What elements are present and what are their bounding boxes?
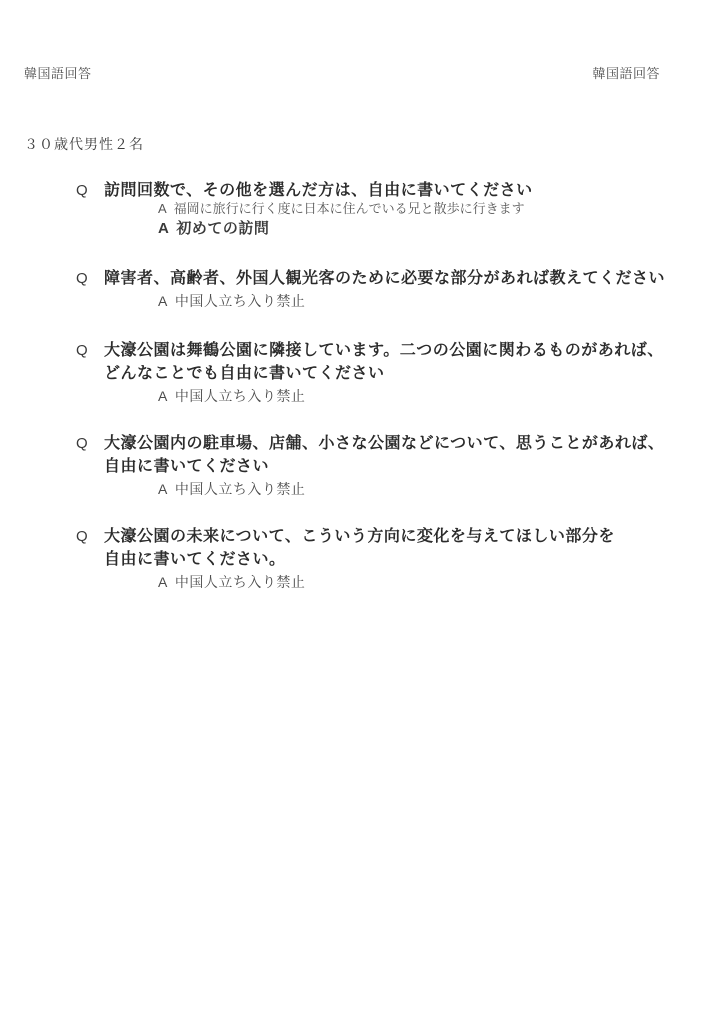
header-left: 韓国語回答	[24, 66, 92, 82]
header-right: 韓国語回答	[592, 66, 660, 82]
answer-text: 中国人立ち入り禁止	[175, 293, 306, 309]
answer-marker: A	[158, 201, 167, 216]
question-line: Q訪問回数で、その他を選んだ方は、自由に書いてください	[76, 181, 533, 201]
answer-line: A中国人立ち入り禁止	[158, 481, 305, 499]
answer-line: A中国人立ち入り禁止	[158, 574, 305, 592]
answer-text: 中国人立ち入り禁止	[175, 481, 306, 497]
answer-marker: A	[158, 388, 168, 404]
question-text: 自由に書いてください。	[104, 551, 286, 568]
question-text: 障害者、高齢者、外国人観光客のために必要な部分があれば教えてください	[104, 270, 665, 287]
answer-line: A福岡に旅行に行く度に日本に住んでいる兄と散歩に行きます	[158, 201, 525, 217]
question-marker: Q	[76, 528, 104, 547]
question-line: 自由に書いてください。	[104, 550, 286, 570]
question-line: Q障害者、高齢者、外国人観光客のために必要な部分があれば教えてください	[76, 269, 665, 289]
question-line: Q大濠公園の未来について、こういう方向に変化を与えてほしい部分を	[76, 527, 615, 547]
answer-text: 中国人立ち入り禁止	[175, 574, 306, 590]
question-text: 自由に書いてください	[104, 458, 269, 475]
answer-marker: A	[158, 574, 168, 590]
answer-text: 福岡に旅行に行く度に日本に住んでいる兄と散歩に行きます	[174, 201, 525, 216]
question-text: どんなことでも自由に書いてください	[104, 365, 385, 382]
question-text: 大濠公園は舞鶴公園に隣接しています。二つの公園に関わるものがあれば、	[104, 342, 664, 359]
question-marker: Q	[76, 435, 104, 454]
answer-line: A初めての訪問	[158, 220, 269, 239]
question-marker: Q	[76, 270, 104, 289]
answer-marker: A	[158, 293, 168, 309]
answer-text: 初めての訪問	[176, 220, 269, 237]
question-text: 訪問回数で、その他を選んだ方は、自由に書いてください	[104, 182, 533, 199]
question-text: 大濠公園の未来について、こういう方向に変化を与えてほしい部分を	[104, 528, 615, 545]
question-line: 自由に書いてください	[104, 457, 269, 477]
question-marker: Q	[76, 182, 104, 201]
question-line: どんなことでも自由に書いてください	[104, 364, 385, 384]
answer-line: A中国人立ち入り禁止	[158, 388, 305, 406]
answer-marker: A	[158, 481, 168, 497]
question-line: Q大濠公園は舞鶴公園に隣接しています。二つの公園に関わるものがあれば、	[76, 341, 664, 361]
question-line: Q大濠公園内の駐車場、店舗、小さな公園などについて、思うことがあれば、	[76, 434, 664, 454]
answer-marker: A	[158, 220, 169, 237]
question-text: 大濠公園内の駐車場、店舗、小さな公園などについて、思うことがあれば、	[104, 435, 664, 452]
answer-line: A中国人立ち入り禁止	[158, 293, 305, 311]
answer-text: 中国人立ち入り禁止	[175, 388, 306, 404]
respondent-group-label: ３０歳代男性２名	[24, 136, 144, 154]
document-page: 韓国語回答 韓国語回答 ３０歳代男性２名 Q訪問回数で、その他を選んだ方は、自由…	[0, 0, 724, 1024]
question-marker: Q	[76, 342, 104, 361]
